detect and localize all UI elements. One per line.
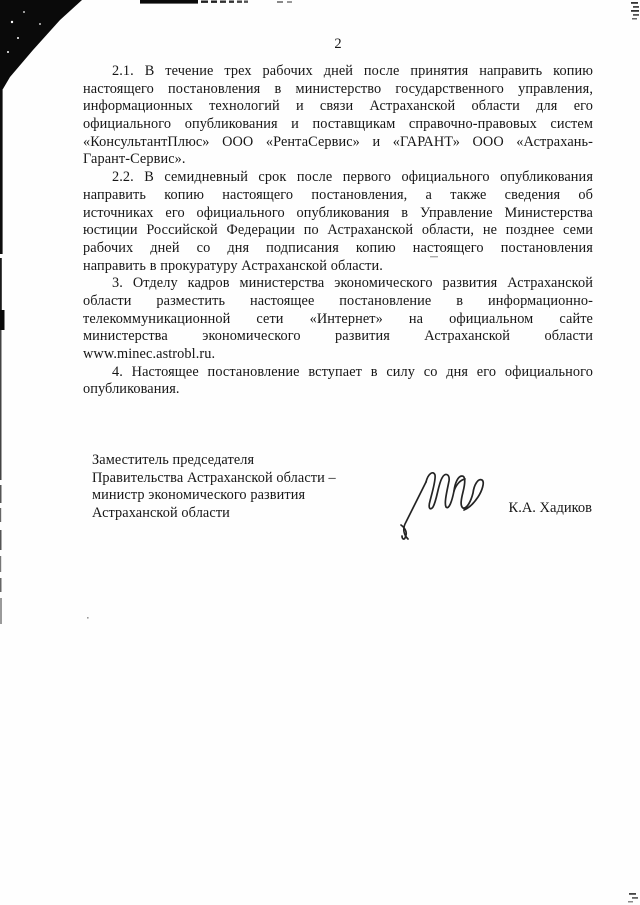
body-line: Гарант-Сервис». <box>83 151 593 169</box>
signatory-title-line: Правительства Астраханской области – <box>92 470 402 488</box>
body-line: источниках его официального опубликовани… <box>83 205 593 223</box>
body-line: опубликования. <box>83 381 593 399</box>
top-right-artifact <box>631 2 639 20</box>
body-line: направить копию настоящего постановления… <box>83 187 593 205</box>
body-line: юстиции Российской Федерации по Астрахан… <box>83 222 593 240</box>
signature-block: Заместитель председателя Правительства А… <box>92 452 402 522</box>
body-line: 2.1. В течение трех рабочих дней после п… <box>83 63 593 81</box>
body-line: министерства экономического развития Аст… <box>83 328 593 346</box>
body-line: «КонсультантПлюс» ООО «РентаСервис» и «Г… <box>83 134 593 152</box>
body-line: www.minec.astrobl.ru. <box>83 346 593 364</box>
top-edge-artifact <box>140 0 292 4</box>
signatory-title-line: Астраханской области <box>92 505 402 523</box>
signatory-title-line: министр экономического развития <box>92 487 402 505</box>
body-line: телекоммуникационной сети «Интернет» на … <box>83 311 593 329</box>
body-line: настоящего постановления в министерство … <box>83 81 593 99</box>
handwritten-signature <box>394 467 486 543</box>
bottom-right-artifact <box>628 893 638 903</box>
body-line: 3. Отделу кадров министерства экономичес… <box>83 275 593 293</box>
document-body: 2.1. В течение трех рабочих дней после п… <box>83 63 593 399</box>
body-line: 2.2. В семидневный срок после первого оф… <box>83 169 593 187</box>
body-line: области разместить настоящее постановлен… <box>83 293 593 311</box>
left-edge-artifact <box>0 90 5 624</box>
body-line: 4. Настоящее постановление вступает в си… <box>83 364 593 382</box>
body-line: направить в прокуратуру Астраханской обл… <box>83 258 593 276</box>
body-line: информационных технологий и связи Астрах… <box>83 98 593 116</box>
signatory-name: К.А. Хадиков <box>490 500 592 517</box>
scanned-document-page: 2 2.1. В течение трех рабочих дней после… <box>0 0 640 905</box>
signatory-title-line: Заместитель председателя <box>92 452 402 470</box>
page-number: 2 <box>83 36 593 53</box>
body-line: официального опубликования и поставщикам… <box>83 116 593 134</box>
body-line: рабочих дней со дня подписания копию нас… <box>83 240 593 258</box>
corner-shadow-artifact <box>0 0 82 94</box>
